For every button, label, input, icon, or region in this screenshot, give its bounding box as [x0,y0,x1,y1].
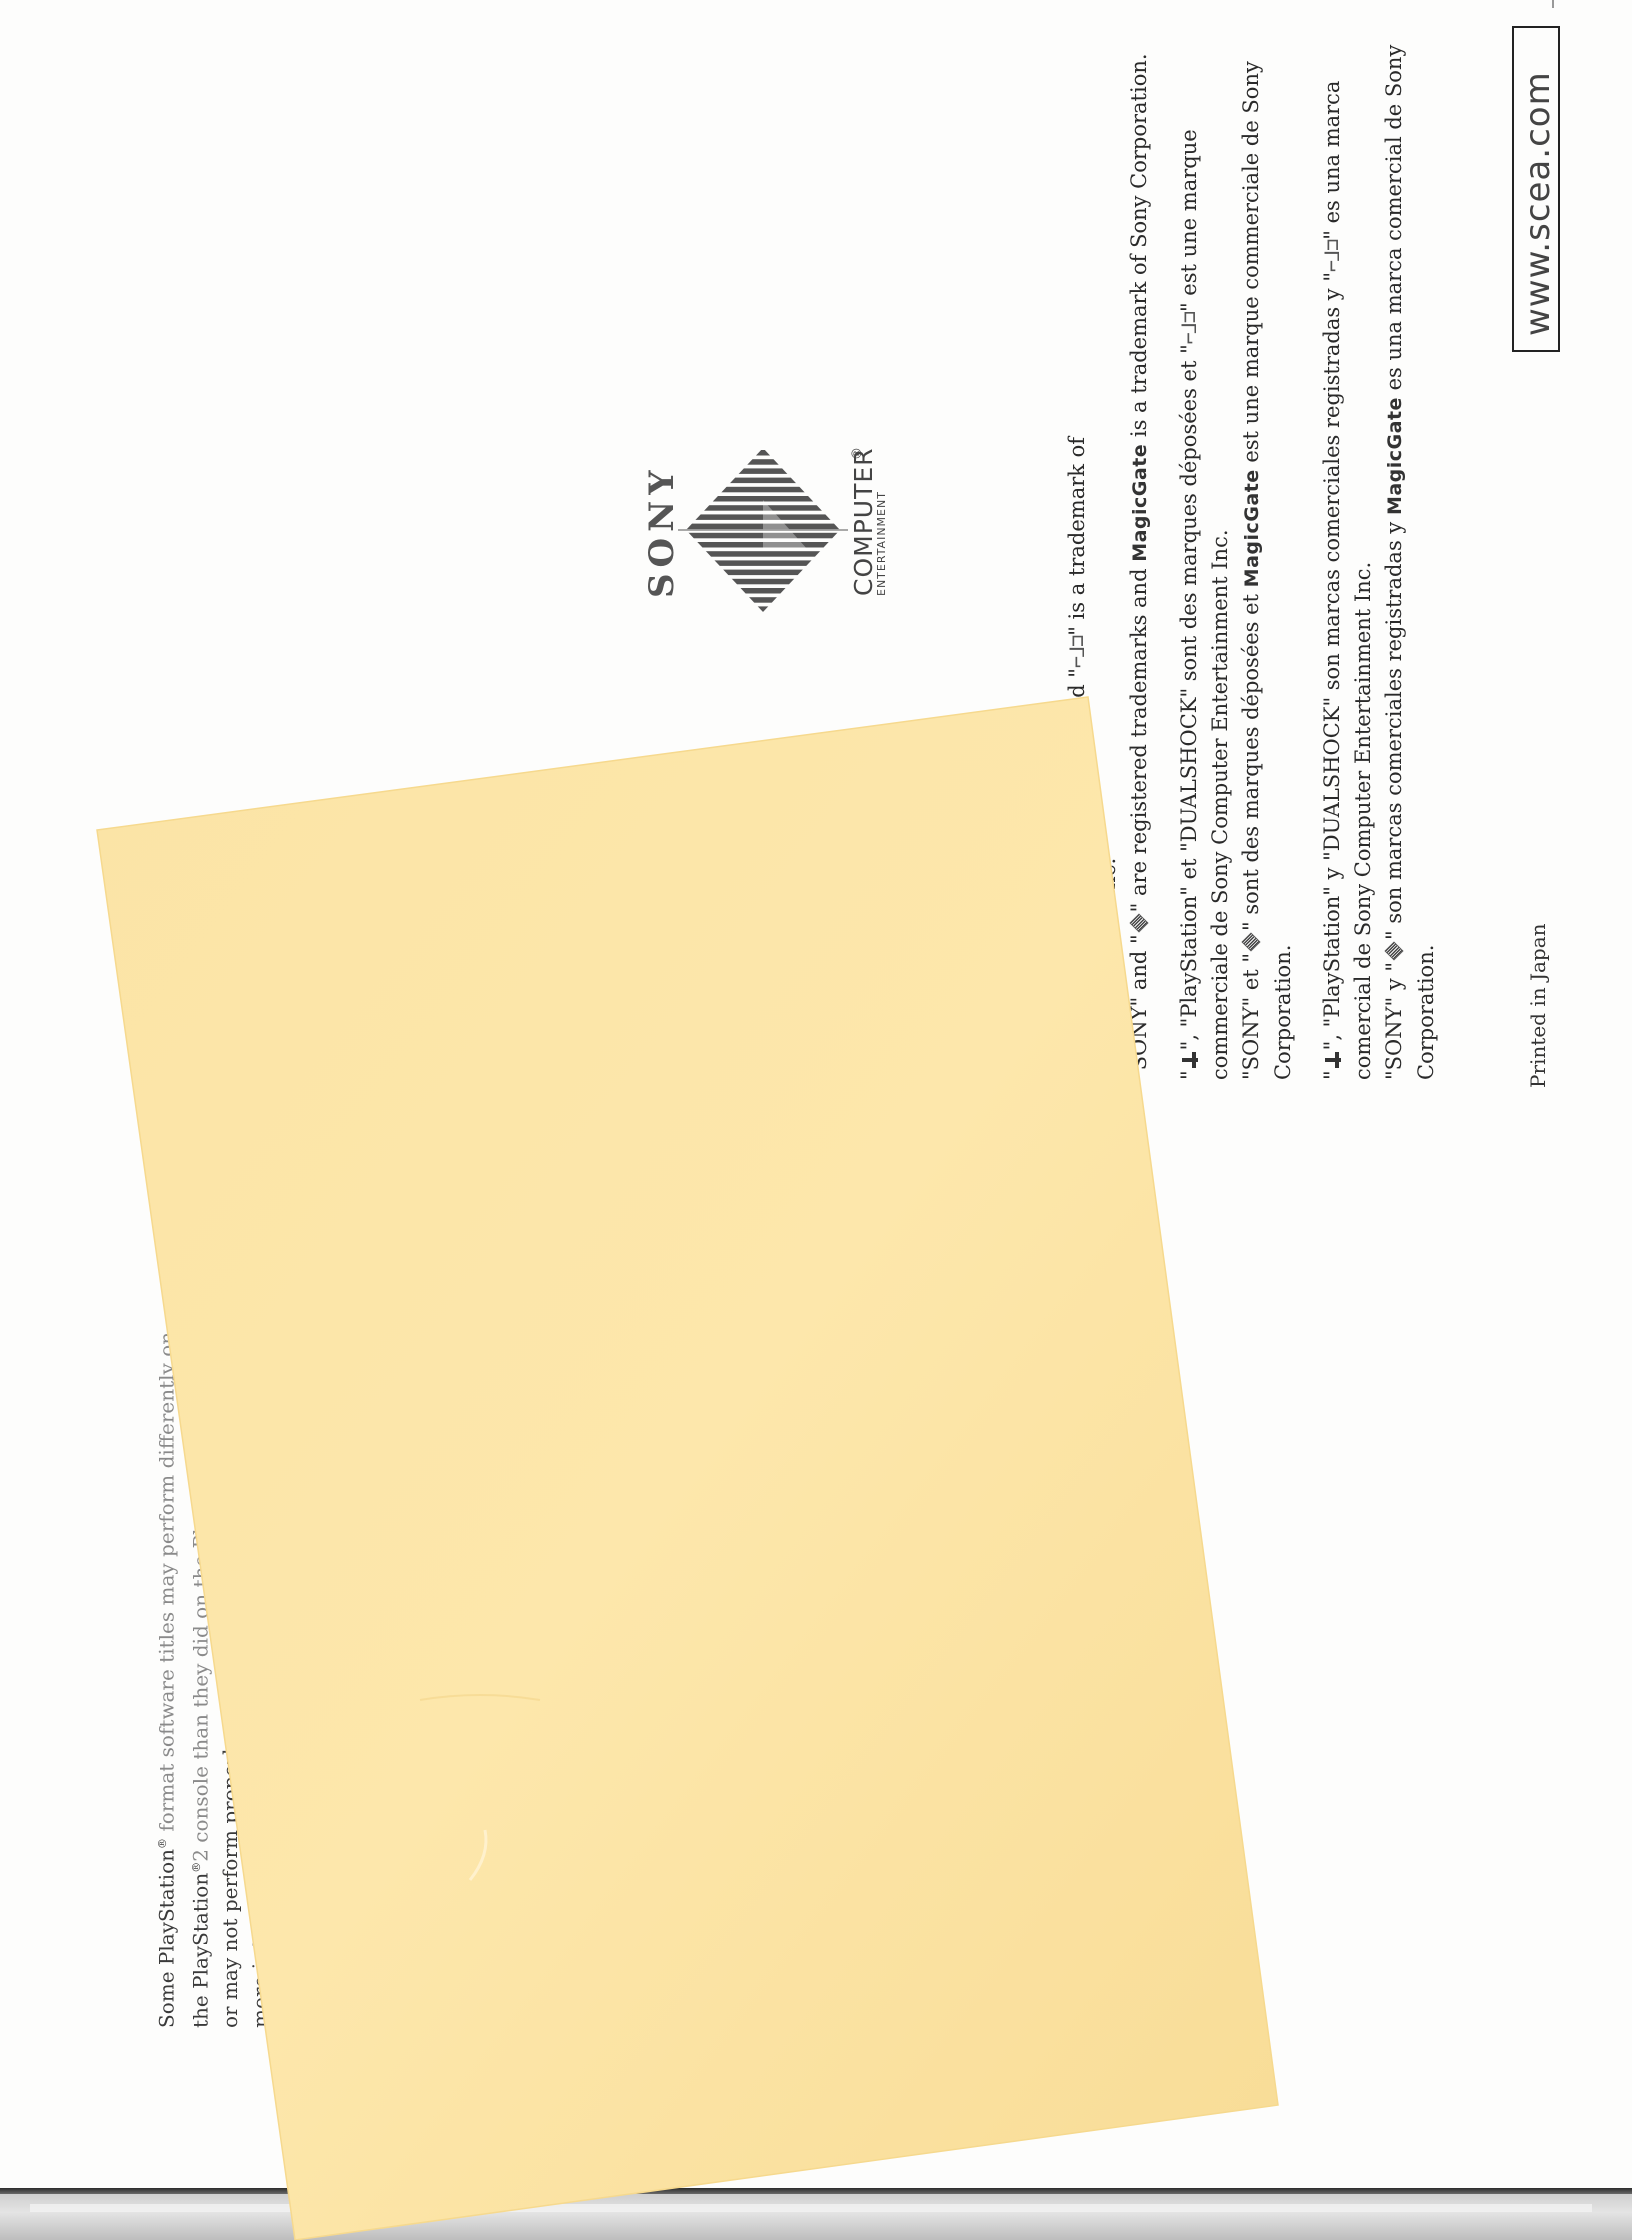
notice-line: Some PlayStation® format software titles… [148,1332,182,2028]
legal-es-line: comercial de Sony Computer Entertainment… [1348,45,1379,1080]
printed-in-japan: Printed in Japan [1526,923,1550,1088]
magicgate-logo-icon [1241,932,1260,951]
ps2-logo-icon: ⌐⅃⊐ [1317,240,1348,272]
legal-es-line: "", "PlayStation" y "DUALSHOCK" son marc… [1317,45,1348,1080]
playstation-logo-icon [1182,1052,1198,1068]
magicgate-logo-icon [1384,941,1403,960]
crop-mark [1552,0,1554,8]
legal-fr-line: "SONY" et "" sont des marques déposées e… [1236,45,1268,1080]
website-url[interactable]: www.scea.com [1520,71,1556,336]
sce-wordmark: COMPUTER ENTERTAINMENT ® [852,447,888,596]
ps2-logo-icon: ⌐⅃⊐ [1062,636,1093,668]
legal-en-line: "SONY" and "" are registered trademarks … [1124,45,1156,1080]
ps2-logo-icon: ⌐⅃⊐ [1174,312,1205,344]
playstation-logo-icon [1325,1052,1341,1068]
magicgate-logo-icon [1129,914,1148,933]
legal-es-line: "SONY" y "" son marcas comerciales regis… [1379,45,1411,1080]
magicgate-wordmark: MagicGate [1384,397,1406,515]
legal-fr-line: "", "PlayStation" et "DUALSHOCK" sont de… [1174,45,1205,1080]
legal-fr-line: commerciale de Sony Computer Entertainme… [1205,45,1236,1080]
magicgate-wordmark: MagicGate [1129,444,1151,562]
legal-es-line: Corporation. [1411,45,1442,1080]
legal-fr-line: Corporation. [1268,45,1299,1080]
magicgate-wordmark: MagicGate [1241,469,1263,587]
sce-diamond-logo-icon [678,440,848,620]
scanner-background-strip [0,2194,1632,2240]
sony-wordmark: SONY [642,464,682,598]
